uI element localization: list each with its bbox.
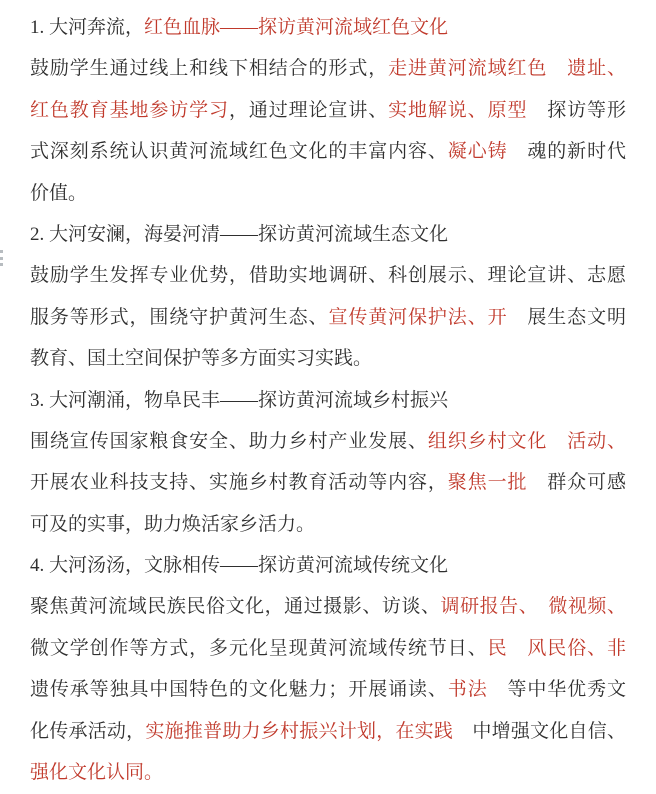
text-segment: 群众可感 bbox=[527, 472, 626, 493]
text-segment: 1. 大河奔流， bbox=[30, 17, 144, 38]
doc-line: 围绕宣传国家粮食安全、助力乡村产业发展、组织乡村文化 活动、 bbox=[30, 421, 626, 462]
text-segment: 等中华优秀文 bbox=[488, 679, 626, 700]
text-segment: 服务等形式，围绕守护黄河生态、 bbox=[30, 307, 328, 328]
doc-line: 微文学创作等方式，多元化呈现黄河流域传统节日、民 风民俗、非 bbox=[30, 628, 626, 669]
highlighted-text-segment: 组织乡村文化 活动、 bbox=[428, 431, 626, 452]
text-segment: 围绕宣传国家粮食安全、助力乡村产业发展、 bbox=[30, 431, 428, 452]
text-segment: ，通过理论宣讲、 bbox=[229, 100, 388, 121]
text-segment: 价值。 bbox=[30, 183, 87, 204]
doc-line: 强化文化认同。 bbox=[30, 752, 626, 793]
text-segment: 聚焦黄河流域民族民俗文化，通过摄影、访谈、 bbox=[30, 596, 441, 617]
text-segment: 中增强文化自信、 bbox=[453, 721, 626, 742]
highlighted-text-segment: 民 风民俗、非 bbox=[488, 638, 626, 659]
text-segment: 鼓励学生发挥专业优势，借助实地调研、科创展示、理论宣讲、志愿 bbox=[30, 265, 626, 286]
highlighted-text-segment: 走进黄河流域红色 遗址、 bbox=[388, 58, 626, 79]
text-segment: 教育、国土空间保护等多方面实习实践。 bbox=[30, 348, 372, 369]
doc-line: 鼓励学生通过线上和线下相结合的形式，走进黄河流域红色 遗址、 bbox=[30, 48, 626, 89]
doc-line: 3. 大河潮涌，物阜民丰——探访黄河流域乡村振兴 bbox=[30, 380, 626, 421]
doc-line: 可及的实事，助力焕活家乡活力。 bbox=[30, 504, 626, 545]
doc-line: 1. 大河奔流，红色血脉——探访黄河流域红色文化 bbox=[30, 7, 626, 48]
highlighted-text-segment: 红色教育基地参访学习 bbox=[30, 100, 229, 121]
doc-line: 价值。 bbox=[30, 173, 626, 214]
text-segment: 可及的实事，助力焕活家乡活力。 bbox=[30, 514, 315, 535]
doc-line: 红色教育基地参访学习，通过理论宣讲、实地解说、原型 探访等形 bbox=[30, 90, 626, 131]
text-segment: 3. 大河潮涌，物阜民丰——探访黄河流域乡村振兴 bbox=[30, 390, 448, 411]
highlighted-text-segment: 聚焦一批 bbox=[448, 472, 528, 493]
doc-line: 开展农业科技支持、实施乡村教育活动等内容，聚焦一批 群众可感 bbox=[30, 462, 626, 503]
highlighted-text-segment: 凝心铸 bbox=[448, 141, 508, 162]
doc-line: 服务等形式，围绕守护黄河生态、宣传黄河保护法、开 展生态文明 bbox=[30, 297, 626, 338]
text-segment: 微文学创作等方式，多元化呈现黄河流域传统节日、 bbox=[30, 638, 488, 659]
doc-line: 遗传承等独具中国特色的文化魅力；开展诵读、书法 等中华优秀文 bbox=[30, 669, 626, 710]
highlighted-text-segment: 红色血脉——探访黄河流域红色文化 bbox=[144, 17, 448, 38]
text-segment: 探访等形 bbox=[527, 100, 626, 121]
text-segment: 遗传承等独具中国特色的文化魅力；开展诵读、 bbox=[30, 679, 448, 700]
text-segment: 开展农业科技支持、实施乡村教育活动等内容， bbox=[30, 472, 448, 493]
text-segment: 化传承活动， bbox=[30, 721, 145, 742]
doc-line: 化传承活动，实施推普助力乡村振兴计划，在实践 中增强文化自信、 bbox=[30, 711, 626, 752]
document-page: 1. 大河奔流，红色血脉——探访黄河流域红色文化鼓励学生通过线上和线下相结合的形… bbox=[0, 0, 656, 793]
text-segment: 展生态文明 bbox=[508, 307, 626, 328]
document-body: 1. 大河奔流，红色血脉——探访黄河流域红色文化鼓励学生通过线上和线下相结合的形… bbox=[30, 7, 626, 793]
highlighted-text-segment: 实地解说、原型 bbox=[388, 100, 527, 121]
doc-line: 4. 大河汤汤，文脉相传——探访黄河流域传统文化 bbox=[30, 545, 626, 586]
highlighted-text-segment: 实施推普助力乡村振兴计划，在实践 bbox=[145, 721, 453, 742]
highlighted-text-segment: 书法 bbox=[448, 679, 488, 700]
text-segment: 2. 大河安澜，海晏河清——探访黄河流域生态文化 bbox=[30, 224, 448, 245]
doc-line: 2. 大河安澜，海晏河清——探访黄河流域生态文化 bbox=[30, 214, 626, 255]
text-segment: 魂的新时代 bbox=[507, 141, 625, 162]
doc-line: 式深刻系统认识黄河流域红色文化的丰富内容、凝心铸 魂的新时代 bbox=[30, 131, 626, 172]
text-segment: 鼓励学生通过线上和线下相结合的形式， bbox=[30, 58, 388, 79]
highlighted-text-segment: 宣传黄河保护法、开 bbox=[328, 307, 507, 328]
doc-line: 教育、国土空间保护等多方面实习实践。 bbox=[30, 338, 626, 379]
text-segment: 4. 大河汤汤，文脉相传——探访黄河流域传统文化 bbox=[30, 555, 448, 576]
highlighted-text-segment: 强化文化认同。 bbox=[30, 762, 163, 783]
scan-artifact bbox=[0, 250, 7, 266]
doc-line: 聚焦黄河流域民族民俗文化，通过摄影、访谈、调研报告、 微视频、 bbox=[30, 586, 626, 627]
doc-line: 鼓励学生发挥专业优势，借助实地调研、科创展示、理论宣讲、志愿 bbox=[30, 255, 626, 296]
text-segment: 式深刻系统认识黄河流域红色文化的丰富内容、 bbox=[30, 141, 448, 162]
highlighted-text-segment: 调研报告、 微视频、 bbox=[441, 596, 626, 617]
